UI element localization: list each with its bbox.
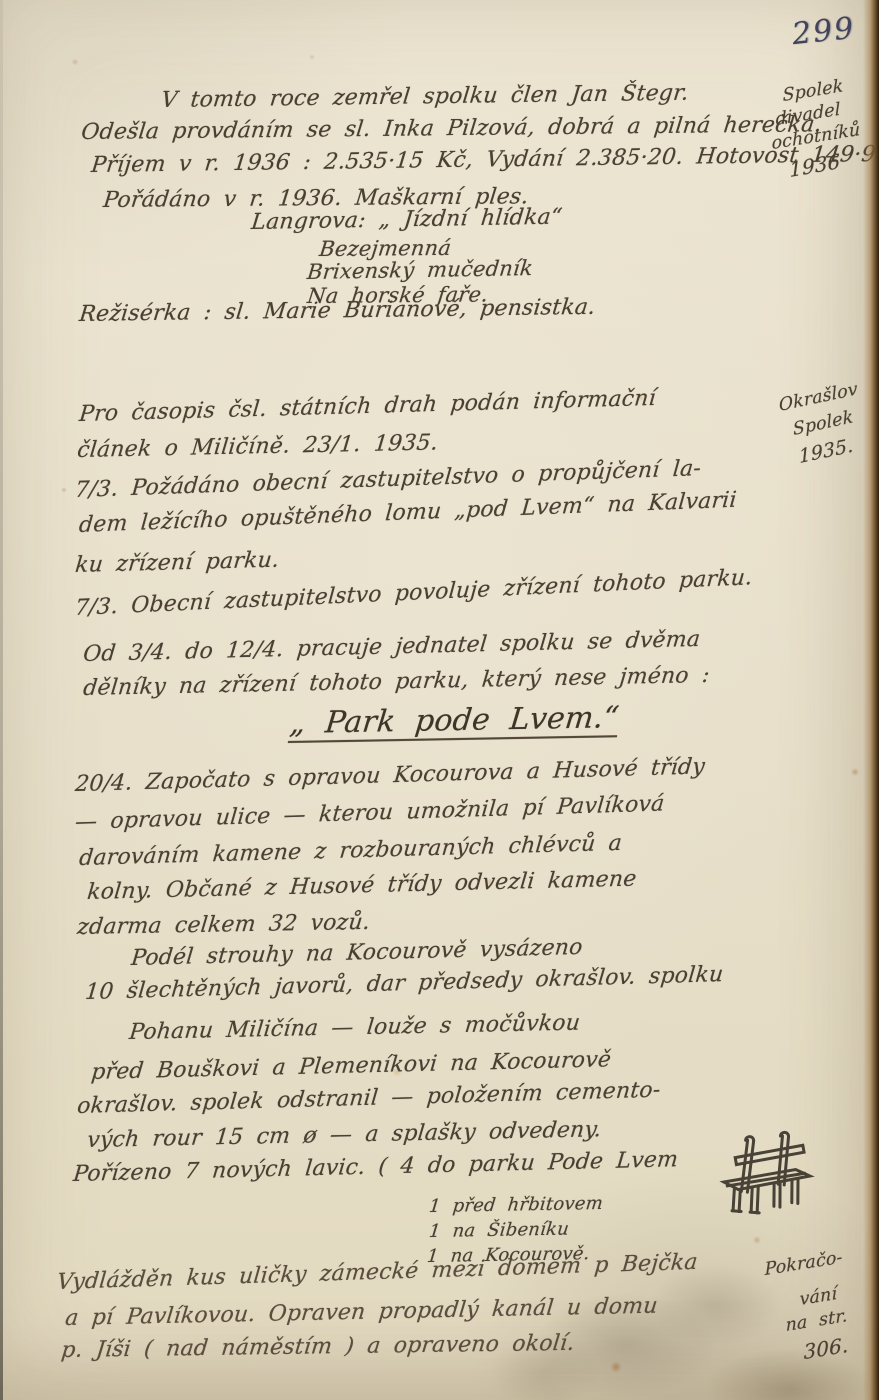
handwritten-line: — opravou ulice — kterou umožnila pí Pav…	[74, 791, 666, 835]
handwritten-line: dělníky na zřízení tohoto parku, který n…	[82, 663, 711, 701]
handwritten-line: Pohanu Miličína — louže s močůvkou	[128, 1010, 581, 1045]
handwritten-line: p. Jíši ( nad náměstím ) a opraveno okol…	[60, 1331, 576, 1363]
margin-note-line: na str.	[785, 1306, 848, 1336]
page-number: 299	[790, 11, 857, 52]
handwritten-line: darováním kamene z rozbouraných chlévců …	[78, 831, 623, 871]
page-edge-shadow	[863, 0, 879, 1400]
bench-sketch-icon	[716, 1128, 819, 1231]
handwritten-line: Vydlážděn kus uličky zámecké mezi domem …	[56, 1250, 699, 1295]
manuscript-page: 299 Spolek divadel ochotníků 1936 V tomt…	[0, 0, 879, 1400]
handwritten-line: 20/4. Započato s opravou Kocourova a Hus…	[74, 754, 706, 797]
handwritten-line: Režisérka : sl. Marie Burianové, pensist…	[78, 295, 597, 327]
handwritten-line: Příjem v r. 1936 : 2.535·15 Kč, Vydání 2…	[90, 141, 879, 178]
handwritten-line: okrašlov. spolek odstranil — položením c…	[76, 1078, 662, 1119]
handwritten-line: a pí Pavlíkovou. Opraven propadlý kanál …	[64, 1294, 659, 1331]
handwritten-line: Pořízeno 7 nových lavic. ( 4 do parku Po…	[72, 1147, 679, 1187]
handwritten-line: článek o Miličíně. 23/1. 1935.	[76, 430, 439, 463]
handwritten-line: Odešla provdáním se sl. Inka Pilzová, do…	[80, 112, 823, 145]
handwritten-line: 1 na Šibeníku	[428, 1219, 570, 1242]
page-edge-left	[0, 0, 3, 1400]
handwritten-line: V tomto roce zemřel spolku člen Jan Šteg…	[160, 81, 690, 113]
handwritten-line: 1 před hřbitovem	[428, 1193, 604, 1217]
handwritten-line: Langrova: „ Jízdní hlídka“	[250, 205, 564, 235]
handwritten-line: Od 3/4. do 12/4. pracuje jednatel spolku…	[82, 627, 701, 667]
margin-note-line: vání	[799, 1284, 837, 1310]
park-title: „ Park pode Lvem.“	[288, 700, 621, 741]
handwritten-line: před Bouškovi a Plemeníkovi na Kocourově	[90, 1047, 612, 1085]
handwritten-line: Pro časopis čsl. státních drah podán inf…	[78, 386, 657, 427]
handwritten-line: kolny. Občané z Husové třídy odvezli kam…	[86, 867, 638, 905]
margin-note-line: Pokračo-	[764, 1248, 843, 1280]
handwritten-line: Brixenský mučedník	[306, 256, 534, 284]
handwritten-line: Podél strouhy na Kocourově vysázeno	[130, 935, 584, 971]
handwritten-line: zdarma celkem 32 vozů.	[76, 910, 371, 940]
margin-note-line: 1935.	[798, 434, 854, 468]
margin-note-line: 306.	[803, 1333, 849, 1364]
handwritten-line: ku zřízení parku.	[74, 548, 280, 578]
handwritten-line: vých rour 15 cm ø — a splašky odvedeny.	[86, 1117, 603, 1153]
